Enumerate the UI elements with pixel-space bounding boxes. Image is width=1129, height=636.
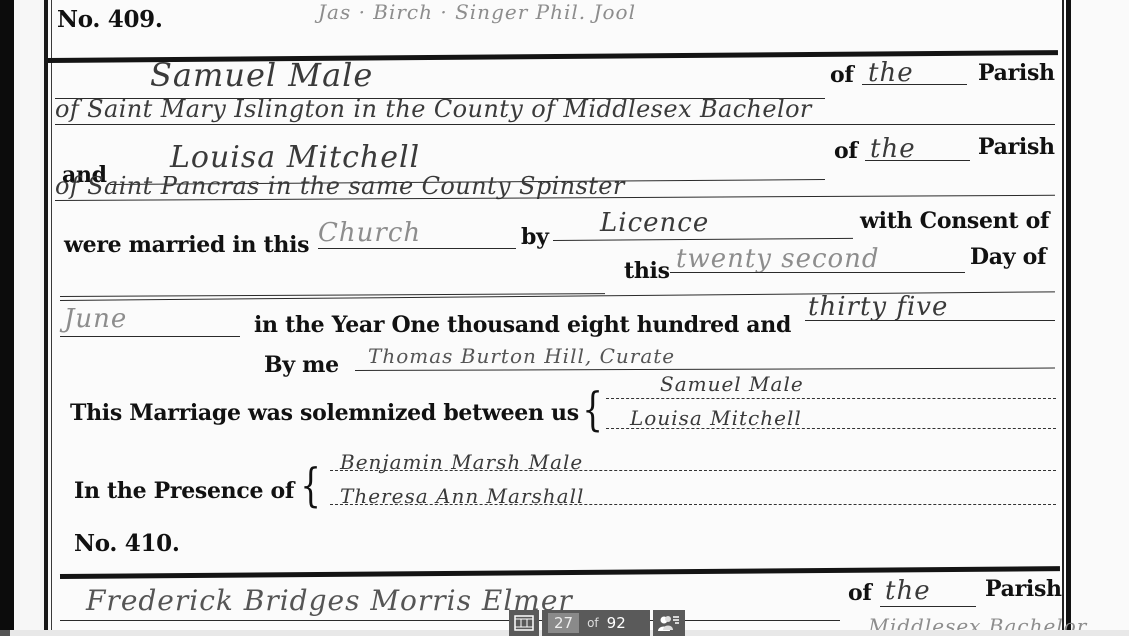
bride-name: Louisa Mitchell (170, 140, 420, 175)
witness-2-line (330, 504, 1056, 505)
filmstrip-button[interactable] (509, 610, 539, 636)
groom-residence: of Saint Mary Islington in the County of… (55, 95, 812, 123)
day-line (670, 272, 965, 273)
groom-signature-line (606, 398, 1056, 399)
this-label: this (624, 258, 670, 284)
bride-signature-line (606, 428, 1056, 429)
register-right-border-inner (1062, 0, 1064, 636)
groom-signature: Samuel Male (660, 372, 804, 396)
groom-name-410: Frederick Bridges Morris Elmer (86, 584, 573, 617)
register-left-border (44, 0, 48, 636)
by-line (553, 238, 853, 241)
married-in-value: Church (318, 218, 421, 248)
groom-of-value-410: the (885, 576, 931, 606)
year-value: thirty five (808, 292, 948, 322)
entry-number-409: No. 409. (57, 6, 163, 33)
bride-residence: of Saint Pancras in the same County Spin… (55, 172, 625, 200)
by-label: by (521, 224, 549, 250)
bride-of-line (865, 160, 970, 161)
year-label: in the Year One thousand eight hundred a… (254, 312, 791, 338)
page-indicator: 27 of 92 (542, 610, 650, 636)
groom-of-line-410 (880, 606, 976, 607)
register-left-border-inner (51, 0, 52, 636)
presence-label: In the Presence of (74, 478, 294, 504)
groom-of-line (862, 84, 967, 85)
married-in-line (318, 248, 516, 249)
filmstrip-icon (514, 615, 534, 631)
people-list-icon (658, 614, 680, 632)
month-value: June (64, 304, 127, 334)
page-right-margin (1071, 0, 1129, 636)
scan-dark-edge (0, 0, 14, 636)
bride-parish-label: Parish (978, 134, 1055, 160)
witness-brace: { (300, 462, 320, 508)
groom-parish-label: Parish (978, 60, 1055, 86)
bride-signature: Louisa Mitchell (630, 406, 802, 430)
groom-name: Samuel Male (150, 56, 373, 94)
previous-entry-witness-faint: Jas · Birch · Singer Phil. Jool (318, 0, 636, 24)
by-me-label: By me (264, 352, 339, 378)
groom-residence-line (55, 124, 1055, 125)
of-label: of (587, 616, 599, 630)
groom-parish-label-410: Parish (985, 576, 1062, 602)
groom-name-line-410 (60, 620, 840, 621)
image-viewer[interactable]: No. 409. Jas · Birch · Singer Phil. Jool… (0, 0, 1129, 636)
groom-of-label-410: of (848, 580, 872, 606)
groom-of-label: of (830, 62, 854, 88)
day-value: twenty second (676, 244, 880, 274)
page-margin (14, 0, 44, 636)
officiant-line (355, 368, 1055, 371)
bride-of-label: of (834, 138, 858, 164)
month-line (60, 336, 240, 337)
current-page-input[interactable]: 27 (548, 613, 579, 633)
by-value: Licence (600, 208, 709, 238)
day-of-label: Day of (970, 244, 1046, 270)
witness-1-line (330, 470, 1056, 471)
consent-label: with Consent of (860, 208, 1049, 234)
married-in-label: were married in this (64, 232, 309, 258)
people-list-button[interactable] (653, 610, 685, 636)
year-line (805, 320, 1055, 321)
viewer-toolbar: 27 of 92 (509, 610, 685, 636)
total-pages: 92 (607, 614, 626, 632)
signature-brace: { (582, 386, 602, 432)
officiant-value: Thomas Burton Hill, Curate (368, 344, 675, 368)
solemnized-label: This Marriage was solemnized between us (70, 400, 579, 426)
entry-number-410: No. 410. (74, 530, 180, 557)
